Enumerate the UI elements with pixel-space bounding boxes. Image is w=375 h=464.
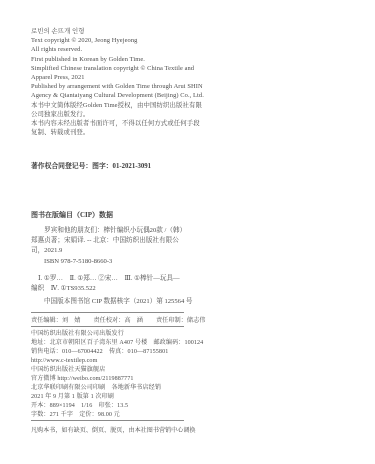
copyright-line: 复制、转载或刊登。: [31, 128, 246, 137]
copyright-line: Simplified Chinese translation copyright…: [31, 64, 246, 73]
replacement-policy-note: 凡购本书，如有缺页、倒页、脱页，由本社图书营销中心调换: [31, 425, 196, 434]
publisher-website-line: http://www.c-textilep.com: [31, 357, 261, 366]
staff-credits-row: 责任编辑：刘 婧 责任校对：高 涵 责任印制：储志伟: [31, 315, 231, 324]
cip-classification-line: Ⅰ. ①罗… Ⅱ. ①郑… ②宋… Ⅲ. ①棒针—玩具—: [38, 274, 238, 284]
publisher-tmall-line: 中国纺织出版社天猫旗舰店: [31, 366, 261, 375]
printing-distribution-line: 北京华联印刷有限公司印刷 各地新华书店经销: [31, 384, 261, 393]
copyright-line: 本书中文简体版经Golden Time授权，由中国纺织出版社有限: [31, 101, 246, 110]
responsible-printer: 责任印制：储志伟: [156, 315, 206, 324]
copyright-contract-registration-number: 著作权合同登记号：图字：01-2021-3091: [31, 160, 151, 170]
divider-rule-middle: [31, 326, 184, 327]
publisher-weibo-line: 官方微博 http://weibo.com/2119887771: [31, 375, 261, 384]
wordcount-price-line: 字数：271 千字 定价：98.00 元: [31, 411, 261, 420]
publisher-name-line: 中国纺织出版社有限公司出版发行: [31, 330, 261, 339]
book-copyright-page: 로빈의 손뜨개 인형 Text copyright © 2020, Jeong …: [0, 0, 375, 464]
cip-entry-block: 罗宾和他的朋友们：棒针编织小玩偶20款 /（韩） 郑惠贞著；宋娟译. -- 北京…: [31, 226, 231, 256]
format-line: 开本：889×1194 1/16 印张：13.5: [31, 402, 261, 411]
cip-classification-line: 编织 Ⅳ. ①TS935.522: [31, 284, 238, 294]
publisher-info-block: 中国纺织出版社有限公司出版发行 地址：北京市朝阳区百子湾东里 A407 号楼 邮…: [31, 330, 261, 420]
copyright-line: Apparel Press, 2021: [31, 73, 246, 82]
copyright-line: Text copyright © 2020, Jeong Hyejeong: [31, 36, 246, 45]
publisher-address-line: 地址：北京市朝阳区百子湾东里 A407 号楼 邮政编码：100124: [31, 339, 261, 348]
copyright-line: 公司独家出版发行。: [31, 110, 246, 119]
responsible-proofreader: 责任校对：高 涵: [94, 315, 144, 324]
cip-record-number: 中国版本图书馆 CIP 数据核字（2021）第 125564 号: [44, 295, 192, 305]
copyright-line: Agency & Qiantaiyang Cultural Developmen…: [31, 91, 246, 100]
isbn-number: ISBN 978-7-5180-8660-3: [44, 258, 112, 265]
korean-title: 로빈의 손뜨개 인형: [31, 27, 246, 36]
cip-author-line: 郑惠贞著；宋娟译. -- 北京：中国纺织出版社有限公: [31, 236, 231, 246]
copyright-line: All rights reserved.: [31, 45, 246, 54]
divider-rule-bottom: [31, 420, 184, 421]
edition-line: 2021 年 9 月第 1 版第 1 次印刷: [31, 393, 261, 402]
copyright-line: Published by arrangement with Golden Tim…: [31, 82, 246, 91]
cip-publisher-line: 司，2021.9: [31, 246, 231, 256]
divider-rule-top: [31, 312, 184, 313]
copyright-line: First published in Korean by Golden Time…: [31, 55, 246, 64]
cip-title-line: 罗宾和他的朋友们：棒针编织小玩偶20款 /（韩）: [31, 226, 231, 236]
copyright-line: 本书内容未经出版者书面许可，不得以任何方式或任何手段: [31, 119, 246, 128]
responsible-editor: 责任编辑：刘 婧: [31, 315, 81, 324]
publisher-phone-line: 销售电话：010—67004422 传真：010—87155801: [31, 348, 261, 357]
cip-classification-block: Ⅰ. ①罗… Ⅱ. ①郑… ②宋… Ⅲ. ①棒针—玩具— 编织 Ⅳ. ①TS93…: [38, 274, 238, 293]
copyright-notice-block: 로빈의 손뜨개 인형 Text copyright © 2020, Jeong …: [31, 27, 246, 137]
cip-heading: 图书在版编目（CIP）数据: [31, 210, 113, 220]
